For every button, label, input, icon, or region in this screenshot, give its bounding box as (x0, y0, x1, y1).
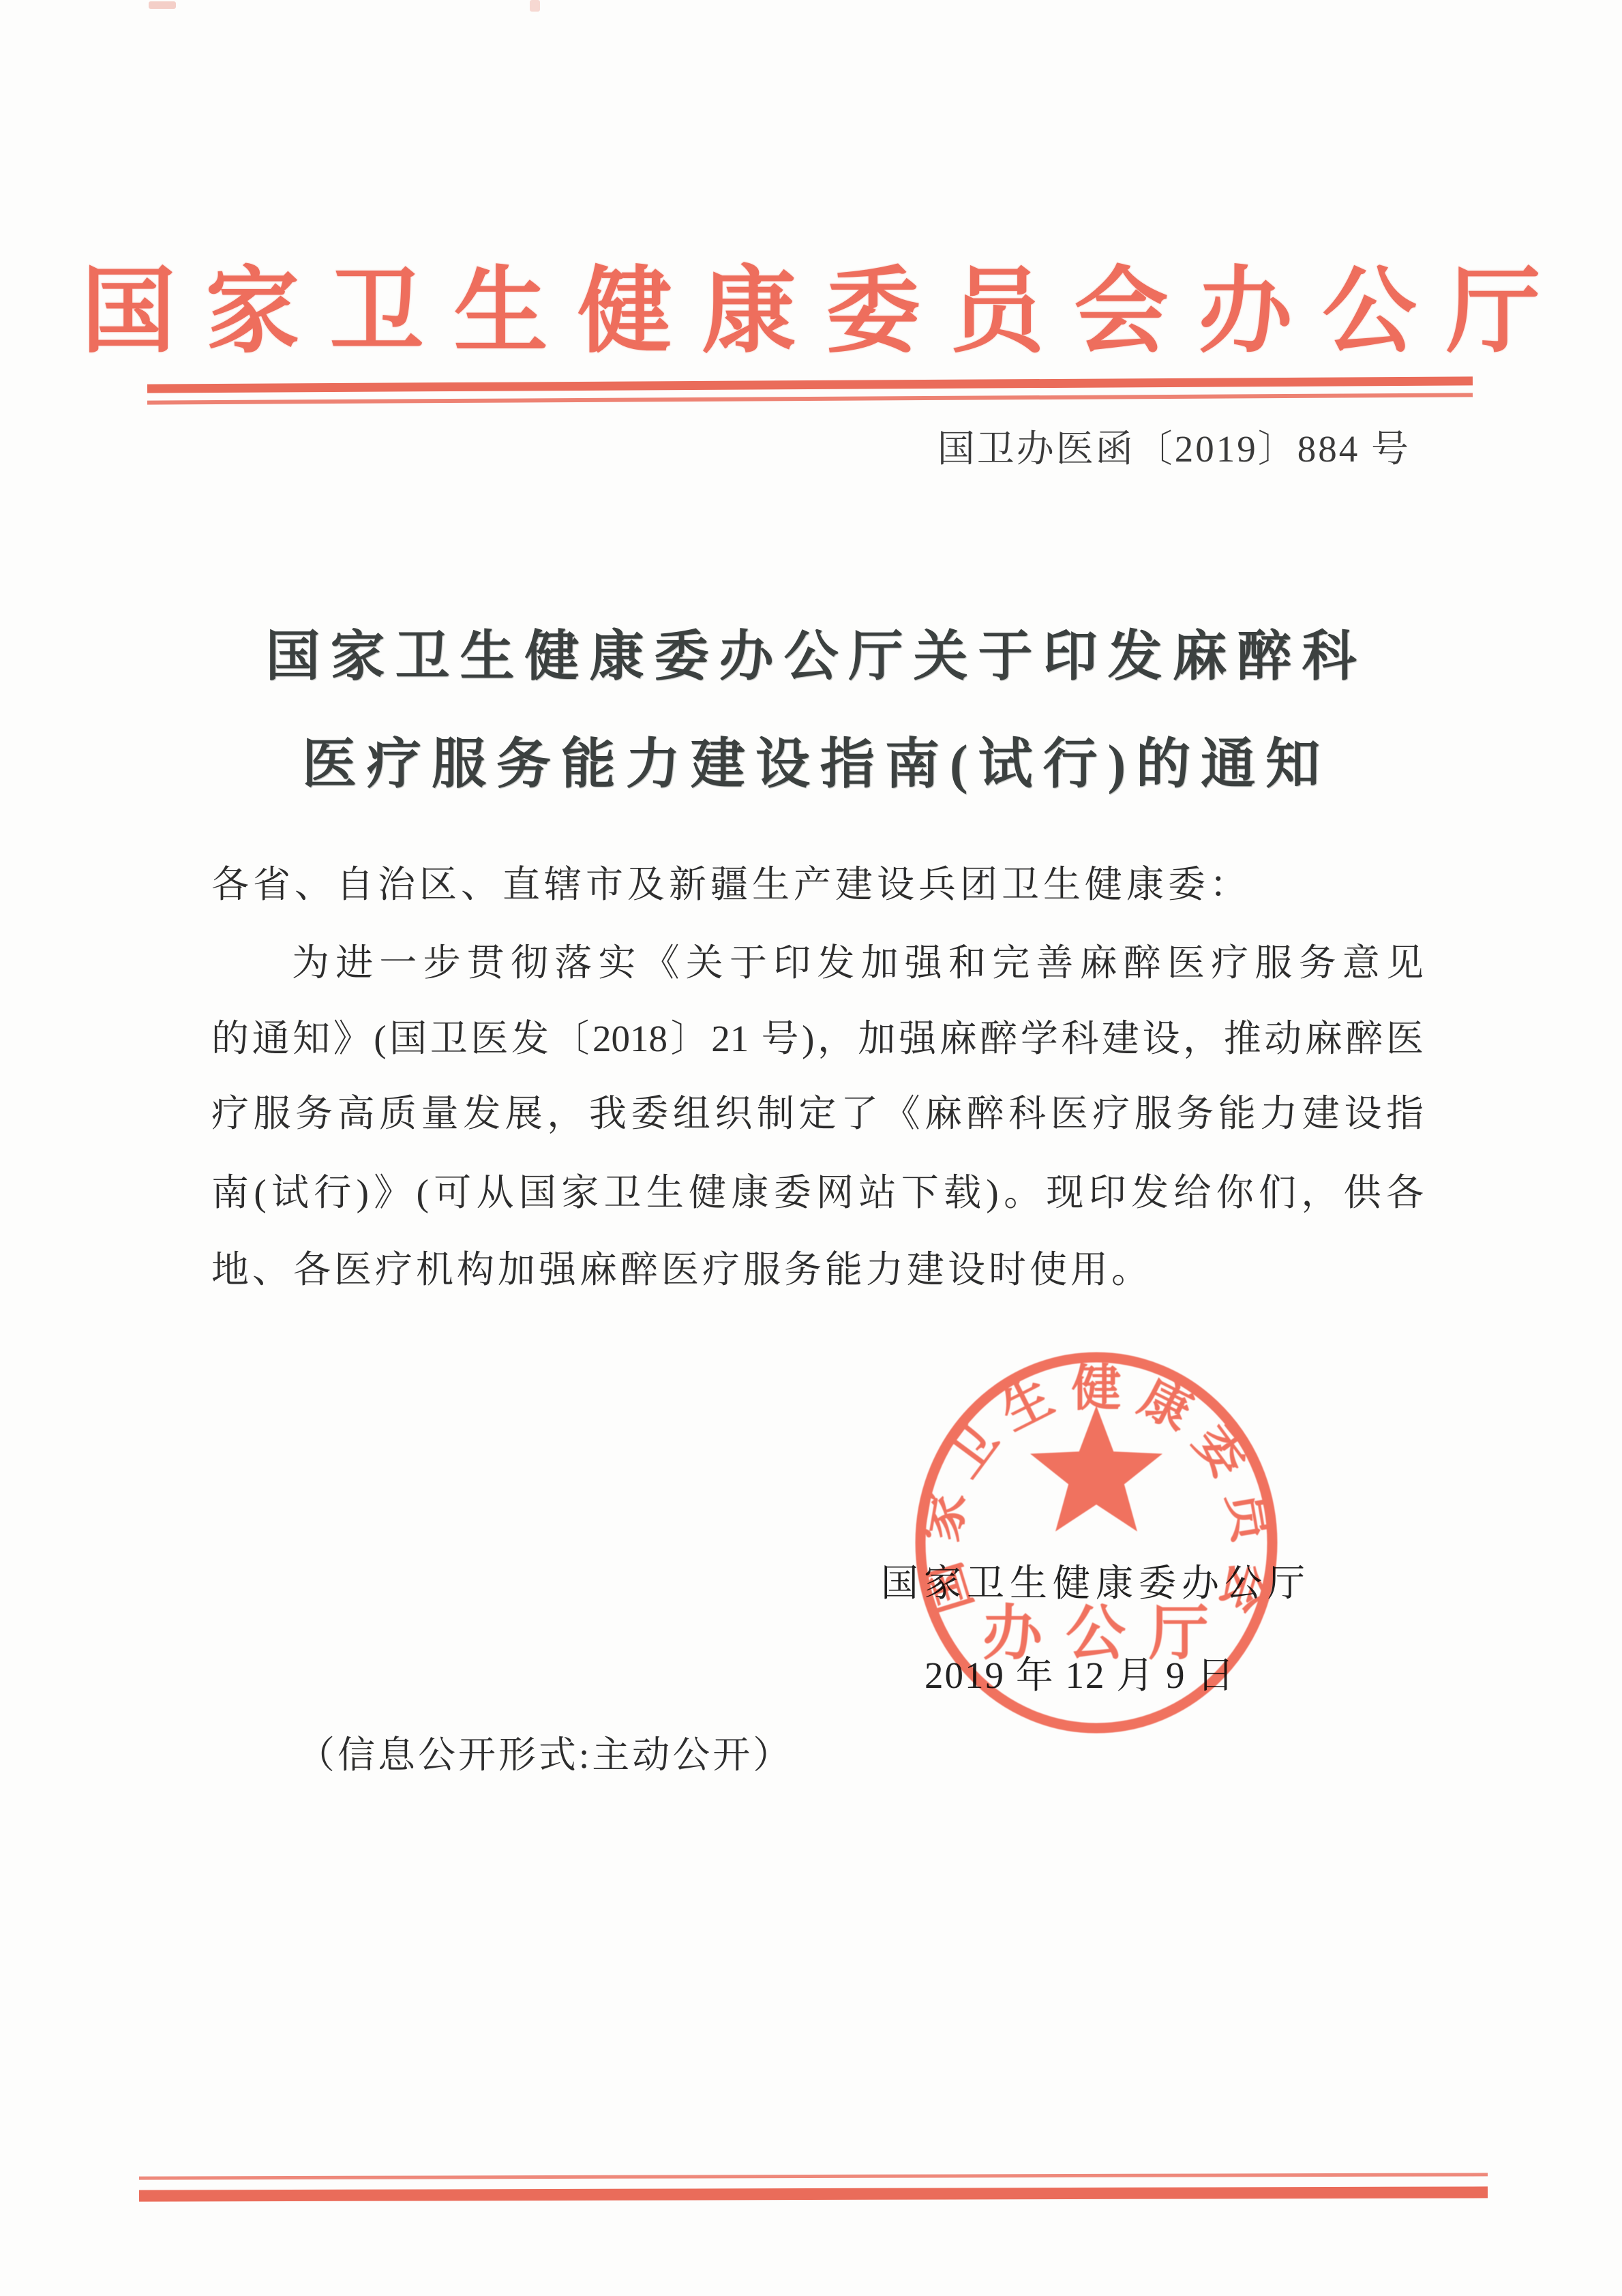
official-seal: 国家卫生健康委员会办公厅 (905, 1348, 1287, 1744)
letterhead-rule-thick (147, 376, 1473, 393)
notice-title-line2: 医疗服务能力建设指南(试行)的通知 (0, 720, 1622, 798)
disclosure-note: （信息公开形式:主动公开） (297, 1725, 793, 1779)
seal-star-icon (1030, 1406, 1162, 1532)
body-line: 的通知》(国卫医发〔2018〕21 号)，加强麻醉学科建设，推动麻醉医 (211, 1008, 1424, 1062)
body-line-salutation: 各省、自治区、直辖市及新疆生产建设兵团卫生健康委： (211, 854, 1424, 908)
scanned-official-document: 国家卫生健康委员会办公厅 国卫办医函〔2019〕884 号 国家卫生健康委办公厅… (0, 0, 1622, 2296)
scan-artifact (149, 1, 176, 9)
letterhead-agency-title: 国家卫生健康委员会办公厅 (0, 260, 1622, 364)
seal-arc-text: 家 (913, 1487, 976, 1546)
seal-arc-text: 委 (1184, 1415, 1258, 1487)
seal-bottom-text: 办公厅 (982, 1601, 1232, 1667)
body-line: 为进一步贯彻落实《关于印发加强和完善麻醉医疗服务意见 (211, 933, 1424, 986)
footer-rule-thick (139, 2186, 1488, 2201)
notice-title-line1: 国家卫生健康委办公厅关于印发麻醉科 (0, 612, 1622, 691)
body-line: 疗服务高质量发展，我委组织制定了《麻醉科医疗服务能力建设指 (211, 1083, 1424, 1137)
scan-artifact (530, 0, 540, 12)
document-number: 国卫办医函〔2019〕884 号 (937, 419, 1411, 472)
seal-arc-text: 健 (1072, 1361, 1122, 1416)
body-line: 南(试行)》(可从国家卫生健康委网站下载)。现印发给你们，供各 (211, 1162, 1424, 1216)
body-line: 地、各医疗机构加强麻醉医疗服务能力建设时使用。 (211, 1239, 1424, 1293)
footer-rule-thin (139, 2173, 1488, 2179)
seal-arc-text: 卫 (935, 1415, 1010, 1487)
letterhead-rule-thin (147, 393, 1473, 404)
